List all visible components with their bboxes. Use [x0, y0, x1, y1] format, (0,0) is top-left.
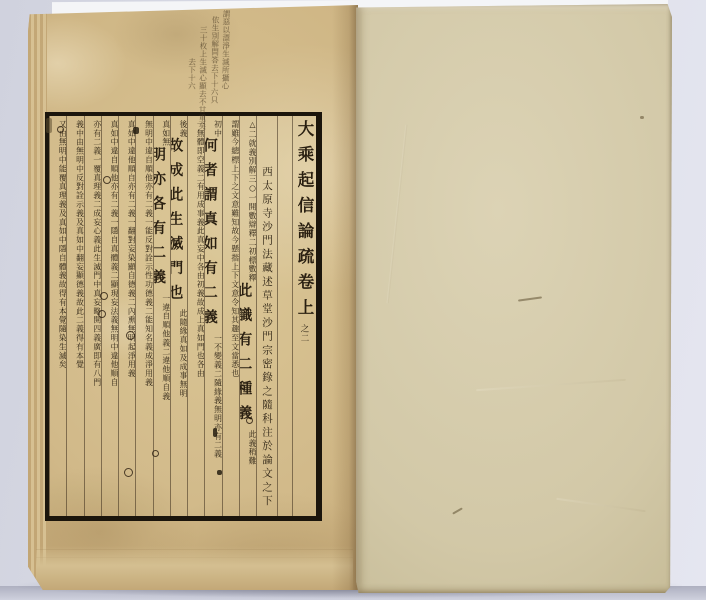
text-segment: 此識有二種義 [239, 283, 252, 430]
bottom-page-edges [36, 546, 353, 590]
paper-crease [476, 379, 626, 391]
right-page-blank [356, 4, 672, 593]
text-segment: 後義 [171, 120, 187, 138]
frame-columns: 大乘起信論疏卷上之二西太原寺沙門法藏述草堂沙門宗密錄之隨科注於論文之下△二就義別… [49, 116, 316, 516]
ink-mark [98, 310, 106, 318]
gutter-fold-shadow [332, 5, 358, 590]
text-segment: 又由無明中能覆真理義及真如中隱自體義故得有本覺隨染生滅矣 [50, 120, 66, 369]
margin-annotation: 去下十六 [187, 58, 197, 90]
text-segment: 此義稍難 [240, 430, 256, 466]
paper-crease [556, 498, 645, 513]
text-segment: 真如中違自順他亦有二義一隱自真體義二顯現妄法義無明中違他順自 [102, 120, 118, 387]
text-segment: 之二 [299, 324, 309, 343]
text-column-spacer [277, 116, 292, 516]
text-segment: 明亦各有二義 [153, 147, 166, 294]
book-photo: 大乘起信論疏卷上之二西太原寺沙門法藏述草堂沙門宗密錄之隨科注於論文之下△二就義別… [0, 0, 706, 600]
ink-mark [246, 417, 253, 424]
text-column-commentary: 謂雖今總標上下之文意難知故今懸揩上下文意令知其趣至文當悉也 [222, 116, 239, 516]
ink-mark [133, 127, 139, 134]
text-column-commentary: 後義故成此生滅門也此隨緣真如及成事無明 [170, 116, 187, 516]
text-segment: 亦有二義一覆真理義二成妄心義此生滅門中真妄略開四義廣即有八門 [85, 120, 101, 387]
margin-annotation: 依生別解問答去下十六只 [209, 16, 220, 104]
text-column-commentary: 義中由無明中反對詮示義及真如中翻妄顯德義故此二義得有本覺 [66, 116, 83, 516]
ink-mark [213, 428, 217, 437]
ink-mark [103, 176, 111, 184]
ink-mark [124, 468, 133, 477]
left-page: 大乘起信論疏卷上之二西太原寺沙門法藏述草堂沙門宗密錄之隨科注於論文之下△二就義別… [28, 5, 358, 590]
printed-frame: 大乘起信論疏卷上之二西太原寺沙門法藏述草堂沙門宗密錄之隨科注於論文之下△二就義別… [45, 112, 322, 521]
text-segment: 一違自順他義二違他順自義 [154, 294, 170, 401]
paper-crease [387, 124, 408, 303]
ink-mark [126, 331, 135, 340]
text-segment: 初中 [206, 120, 222, 138]
text-segment: △二就義別解三○一開數辯釋二初標數釋 [240, 120, 256, 283]
margin-annotation: 謂惡以漂淨生滅所攝心 [220, 10, 231, 90]
paper-fiber-mark [640, 116, 644, 119]
text-segment: 一不變義二隨緣義無明亦有二義 [206, 334, 222, 459]
text-segment: 此隨緣真如及成事無明 [171, 309, 187, 398]
text-column-commentary: 又由無明中能覆真理義及真如中隱自體義故得有本覺隨染生滅矣 [49, 116, 66, 516]
text-column-attribution: 西太原寺沙門法藏述草堂沙門宗密錄之隨科注於論文之下 [256, 116, 277, 516]
text-segment: 義中由無明中反對詮示義及真如中翻妄顯德義故此二義得有本覺 [68, 120, 84, 369]
text-segment: 一無體即空義二有用成事義此真妄中各由初義故成上真如門也各由 [188, 120, 204, 378]
margin-annotation: 三十枚上生滅心顯去不甘重矣 [197, 26, 208, 130]
paper-fiber-mark [46, 118, 52, 133]
text-segment: 故成此生滅門也 [170, 138, 183, 310]
ink-mark [57, 126, 64, 133]
text-segment: 西太原寺沙門法藏述草堂沙門宗密錄之隨科注於論文之下 [261, 166, 273, 509]
text-column-commentary: 一無體即空義二有用成事義此真妄中各由初義故成上真如門也各由 [187, 116, 204, 516]
text-column-commentary: 初中何者謂真如有二義一不變義二隨緣義無明亦有二義 [204, 116, 221, 516]
text-segment: 無明中違自順他亦有二義一能反對詮示性功德義二能知名義成淨用義 [137, 120, 153, 387]
text-column-commentary: △二就義別解三○一開數辯釋二初標數釋此識有二種義此義稍難 [239, 116, 256, 516]
text-segment: 大乘起信論疏卷上 [295, 120, 314, 324]
text-segment: 謂雖今總標上下之文意難知故今懸揩上下文意令知其趣至文當悉也 [223, 120, 239, 378]
ink-mark [100, 292, 108, 300]
text-segment: 真如無 [154, 120, 170, 147]
ink-mark [152, 450, 159, 457]
text-segment: 何者謂真如有二義 [204, 138, 217, 334]
text-column-title: 大乘起信論疏卷上之二 [292, 116, 316, 516]
text-column-commentary: 無明中違自順他亦有二義一能反對詮示性功德義二能知名義成淨用義 [135, 116, 152, 516]
text-column-commentary: 真如中違他順自亦有二義一翻對妄染顯自德義二內熏無明起淨用義 [118, 116, 135, 516]
ink-mark [217, 470, 222, 475]
